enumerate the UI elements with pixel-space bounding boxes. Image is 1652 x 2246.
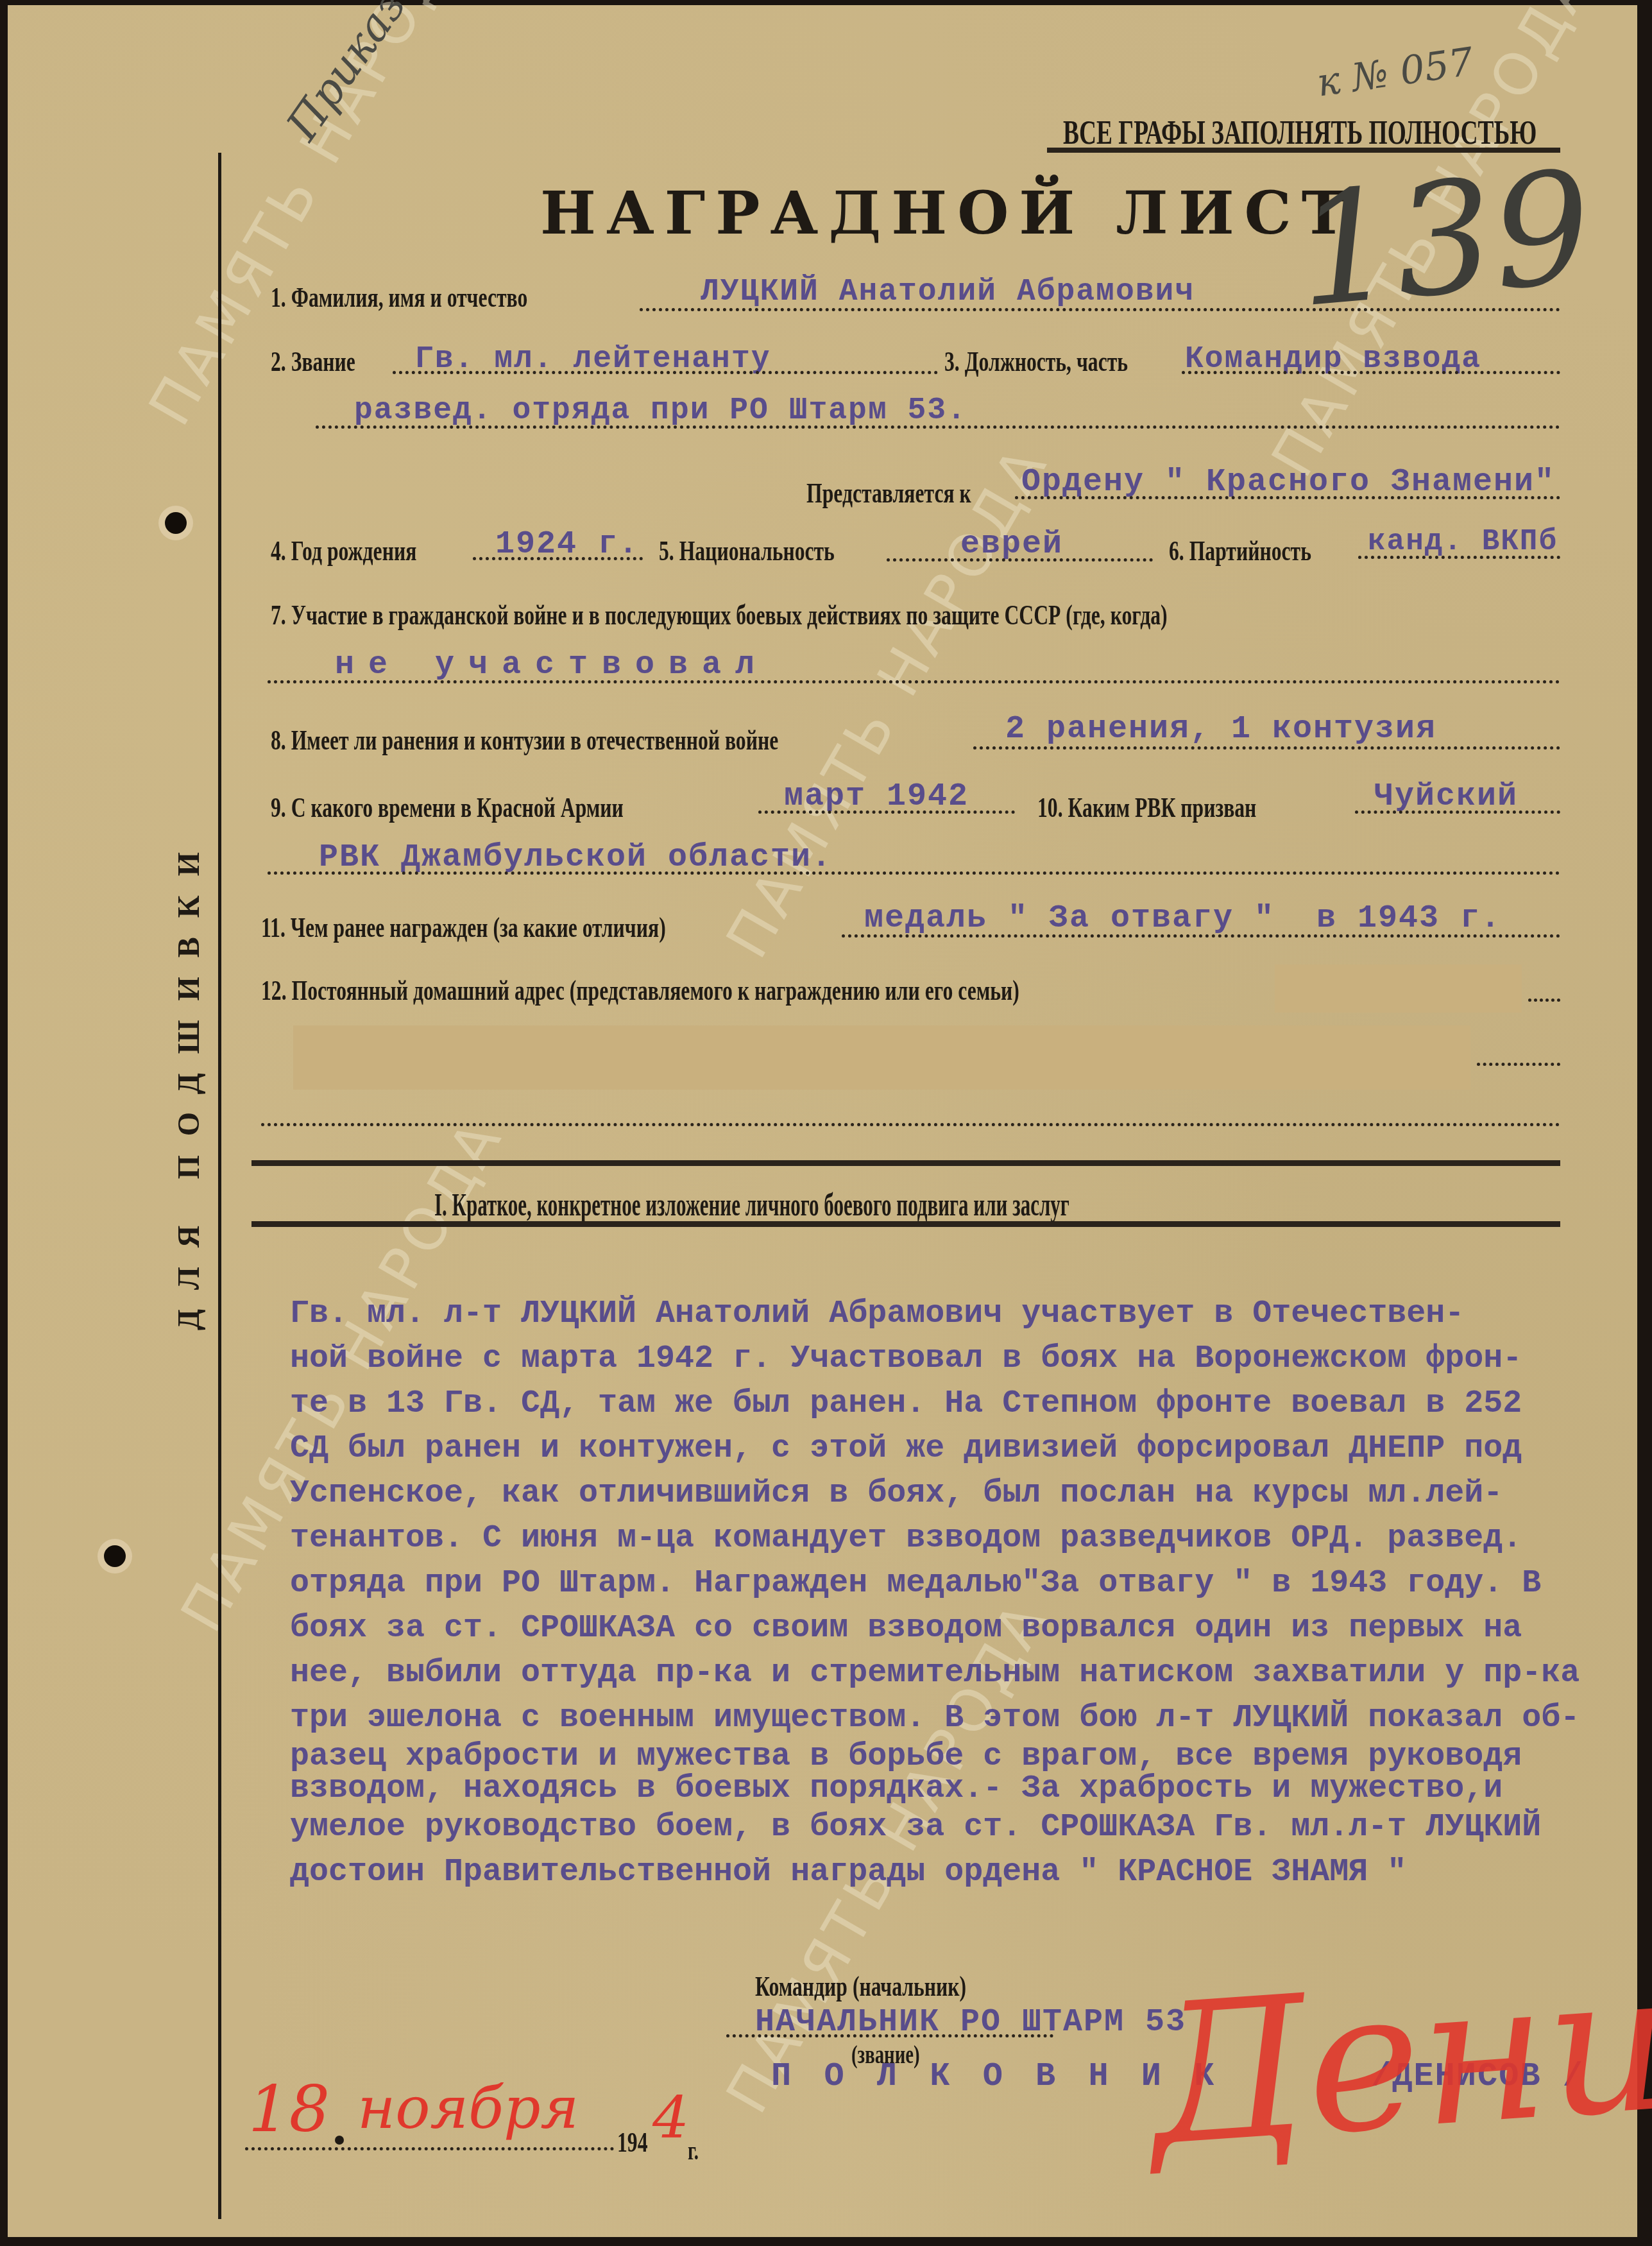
award-value-order: Ордену " Красного Знамени" bbox=[1021, 464, 1555, 501]
punch-hole-bottom bbox=[104, 1545, 126, 1567]
date-line bbox=[245, 2147, 614, 2150]
field-2-line bbox=[393, 371, 938, 374]
field-2-label: 2. Звание bbox=[271, 345, 355, 378]
merit-line: Гв. мл. л-т ЛУЦКИЙ Анатолий Абрамович уч… bbox=[290, 1292, 1599, 1337]
field-5-label: 5. Национальность bbox=[659, 535, 835, 567]
merit-line: нее, выбили оттуда пр-ка и стремительным… bbox=[290, 1651, 1599, 1696]
field-10-line bbox=[1355, 810, 1560, 814]
commander-label: Командир (начальник) bbox=[755, 1970, 966, 2003]
field-3-line-cont bbox=[316, 425, 1560, 429]
field-5-value-nationality: еврей bbox=[960, 526, 1063, 563]
field-5-line bbox=[887, 558, 1153, 561]
field-11-value-year: в 1943 г. bbox=[1316, 900, 1501, 937]
field-12-line-3 bbox=[261, 1123, 1560, 1126]
field-12-line bbox=[1528, 999, 1560, 1002]
merit-line: разец храбрости и мужества в борьбе с вр… bbox=[290, 1741, 1599, 1773]
field-4-line bbox=[473, 557, 643, 560]
field-7-value-participation: не участвовал bbox=[335, 647, 769, 683]
date-year-suffix: 4 bbox=[652, 2084, 689, 2152]
merit-line: умелое руководство боем, в боях за ст. С… bbox=[290, 1805, 1599, 1850]
field-1-line bbox=[640, 308, 1560, 311]
field-11-label: 11. Чем ранее награжден (за какие отличи… bbox=[261, 911, 666, 944]
merit-line: тенантов. С июня м-ца командует взводом … bbox=[290, 1516, 1599, 1561]
field-12-label: 12. Постоянный домашний адрес (представл… bbox=[261, 974, 1019, 1007]
field-3-value-unit: развед. отряда при РО Штарм 53. bbox=[354, 393, 967, 428]
field-10-line-cont bbox=[268, 871, 1560, 875]
section-bottom-rule bbox=[251, 1221, 1560, 1227]
handwritten-corner-ref: к № 057 bbox=[1314, 39, 1476, 105]
field-9-label: 9. С какого времени в Красной Армии bbox=[271, 791, 624, 824]
section-top-rule bbox=[251, 1160, 1560, 1166]
field-10-label: 10. Каким РВК призван bbox=[1037, 791, 1256, 824]
date-year-g: г. bbox=[688, 2136, 699, 2166]
field-12-line-2 bbox=[1477, 1063, 1560, 1066]
field-10-value-rvk: Чуйский bbox=[1374, 778, 1518, 815]
margin-label-for-binding: ДЛЯ ПОДШИВКИ bbox=[171, 833, 207, 1330]
field-7-label: 7. Участие в гражданской войне и в после… bbox=[271, 599, 1168, 631]
field-6-line bbox=[1358, 556, 1560, 559]
field-10-value-region: РВК Джамбульской области. bbox=[319, 839, 832, 876]
merit-line: СД был ранен и контужен, с этой же дивиз… bbox=[290, 1427, 1599, 1471]
signature-scrawl: Денис bbox=[1143, 1921, 1652, 2189]
field-6-label: 6. Партийность bbox=[1169, 535, 1311, 567]
field-9-value-since: март 1942 bbox=[784, 778, 969, 815]
field-3-line bbox=[1182, 371, 1560, 374]
merit-line: отряда при РО Штарм. Награжден медалью"З… bbox=[290, 1561, 1599, 1606]
header-instruction: ВСЕ ГРАФЫ ЗАПОЛНЯТЬ ПОЛНОСТЬЮ bbox=[1063, 114, 1537, 152]
field-7-line bbox=[268, 680, 1560, 683]
award-line bbox=[1015, 496, 1560, 499]
merit-line: взводом, находясь в боевых порядках.- За… bbox=[290, 1773, 1599, 1805]
address-redaction-1 bbox=[1275, 964, 1522, 1013]
award-sheet-paper: ПАМЯТЬ НАРОДА ПАМЯТЬ НАРОДА ПАМЯТЬ НАРОД… bbox=[8, 5, 1637, 2237]
merit-line: достоин Правительственной награды ордена… bbox=[290, 1850, 1599, 1895]
merit-line: Успенское, как отличившийся в боях, был … bbox=[290, 1471, 1599, 1516]
field-11-value-prior-award: медаль " За отвагу " bbox=[864, 900, 1275, 937]
watermark-center: ПАМЯТЬ НАРОДА bbox=[713, 433, 1062, 969]
commander-line bbox=[726, 2034, 1053, 2037]
date-separator-dot bbox=[335, 2136, 344, 2145]
award-label: Представляется к bbox=[806, 477, 971, 510]
date-day: 18 bbox=[248, 2071, 330, 2147]
address-redaction-2 bbox=[293, 1025, 1470, 1090]
field-1-label: 1. Фамилия, имя и отчество bbox=[271, 281, 527, 314]
punch-hole-top bbox=[165, 512, 187, 534]
date-year-prefix: 194 bbox=[617, 2126, 648, 2159]
section-title-summary: I. Краткое, конкретное изложение личного… bbox=[434, 1186, 1069, 1223]
field-8-value-wounds: 2 ранения, 1 контузия bbox=[1005, 711, 1436, 748]
binding-margin-line bbox=[218, 153, 221, 2219]
merit-line: три эшелона с военным имуществом. В этом… bbox=[290, 1696, 1599, 1741]
merit-description: Гв. мл. л-т ЛУЦКИЙ Анатолий Абрамович уч… bbox=[290, 1292, 1599, 1895]
field-11-line bbox=[842, 934, 1560, 938]
field-8-line bbox=[973, 746, 1560, 750]
field-9-line bbox=[758, 810, 1015, 814]
date-month: ноября bbox=[357, 2075, 579, 2142]
page-title: НАГРАДНОЙ ЛИСТ bbox=[540, 178, 1356, 248]
field-1-value-full-name: ЛУЦКИЙ Анатолий Абрамович bbox=[701, 275, 1195, 309]
merit-line: те в 13 Гв. СД, там же был ранен. На Сте… bbox=[290, 1382, 1599, 1427]
field-8-label: 8. Имеет ли ранения и контузии в отечест… bbox=[271, 724, 778, 757]
merit-line: боях за ст. СРОШКАЗА со своим взводом во… bbox=[290, 1606, 1599, 1651]
field-4-label: 4. Год рождения bbox=[271, 535, 416, 567]
field-3-label: 3. Должность, часть bbox=[944, 345, 1128, 378]
merit-line: ной войне с марта 1942 г. Участвовал в б… bbox=[290, 1337, 1599, 1382]
field-6-value-party: канд. ВКПб bbox=[1368, 525, 1558, 558]
